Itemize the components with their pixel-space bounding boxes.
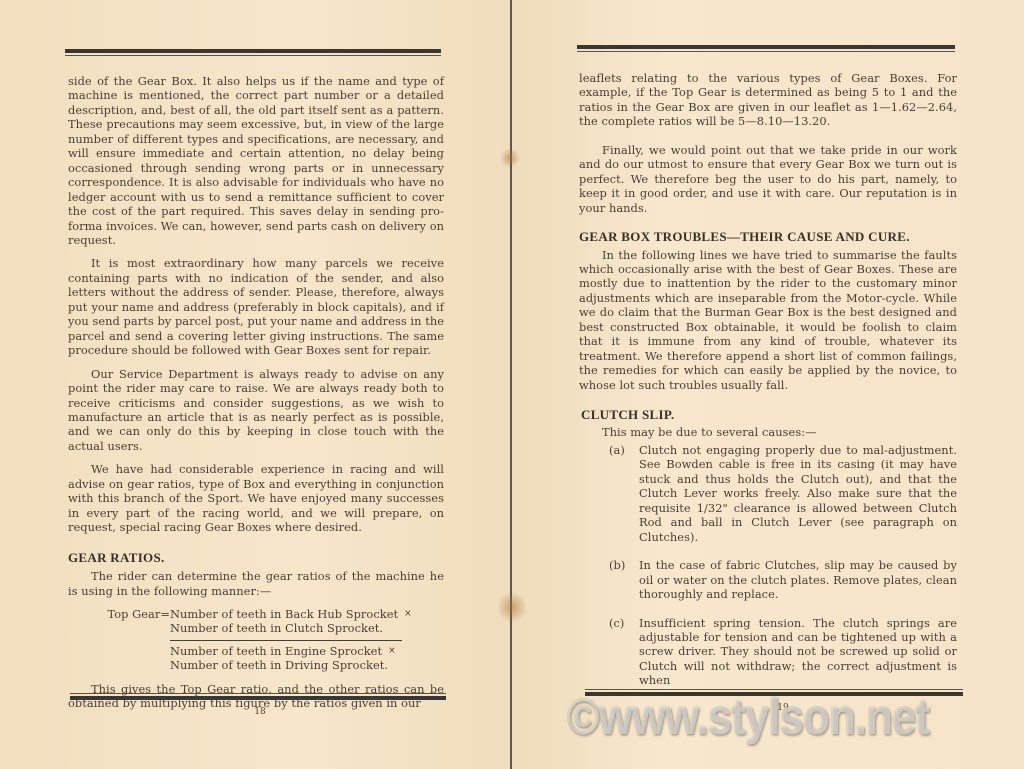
times-symbol: ×: [388, 644, 396, 658]
paragraph: leaflets relating to the various types o…: [579, 71, 957, 129]
section-heading-gear-box-troubles: GEAR BOX TROUBLES—THEIR CAUSE AND CURE.: [579, 230, 957, 244]
paragraph: side of the Gear Box. It also helps us i…: [68, 74, 444, 247]
clutch-slip-causes-list: (a) Clutch not engaging properly due to …: [579, 443, 957, 688]
gear-ratio-formula: Top Gear= Number of teeth in Back Hub Sp…: [68, 607, 444, 673]
list-item: (b) In the case of fabric Clutches, slip…: [609, 558, 957, 601]
right-page: leaflets relating to the various types o…: [511, 0, 1024, 769]
bottom-rule: [70, 693, 446, 700]
list-item: (a) Clutch not engaging properly due to …: [609, 443, 957, 544]
paragraph: It is most extraordinary how many parcel…: [68, 256, 444, 357]
paragraph: We have had considerable experience in r…: [68, 462, 444, 534]
left-page-text: side of the Gear Box. It also helps us i…: [68, 74, 444, 710]
fraction-line: [170, 640, 402, 641]
foxing-stain: [498, 590, 526, 624]
paragraph: Finally, we would point out that we take…: [579, 143, 957, 215]
times-symbol: ×: [404, 607, 412, 621]
formula-label: Top Gear=: [68, 607, 170, 621]
formula-numerator-1: Number of teeth in Back Hub Sprocket: [170, 607, 398, 621]
formula-denominator-1: Number of teeth in Engine Sprocket: [170, 644, 382, 658]
foxing-stain: [500, 148, 520, 168]
formula-denominator-2: Number of teeth in Driving Sprocket.: [170, 658, 388, 672]
top-rule: [577, 45, 955, 52]
list-item-text: In the case of fabric Clutches, slip may…: [639, 558, 957, 601]
formula-numerator-2: Number of teeth in Clutch Sprocket.: [170, 621, 383, 635]
book-spine: [510, 0, 512, 769]
list-marker: (b): [609, 558, 639, 601]
book-spread: side of the Gear Box. It also helps us i…: [0, 0, 1024, 769]
section-heading-clutch-slip: CLUTCH SLIP.: [581, 408, 957, 422]
paragraph: This may be due to several causes:—: [579, 425, 957, 439]
section-heading-gear-ratios: GEAR RATIOS.: [68, 551, 444, 565]
left-page: side of the Gear Box. It also helps us i…: [0, 0, 511, 769]
paragraph: Our Service Department is always ready t…: [68, 367, 444, 454]
list-marker: (c): [609, 616, 639, 688]
list-item: (c) Insufficient spring tension. The clu…: [609, 616, 957, 688]
watermark: ©www.stylson.net: [567, 689, 929, 747]
right-page-text: leaflets relating to the various types o…: [579, 71, 957, 688]
list-marker: (a): [609, 443, 639, 544]
paragraph: The rider can determine the gear ratios …: [68, 569, 444, 598]
paragraph: In the following lines we have tried to …: [579, 248, 957, 393]
list-item-text: Insufficient spring tension. The clutch …: [639, 616, 957, 688]
page-number: 18: [240, 707, 280, 717]
top-rule: [65, 49, 441, 56]
list-item-text: Clutch not engaging properly due to mal-…: [639, 443, 957, 544]
